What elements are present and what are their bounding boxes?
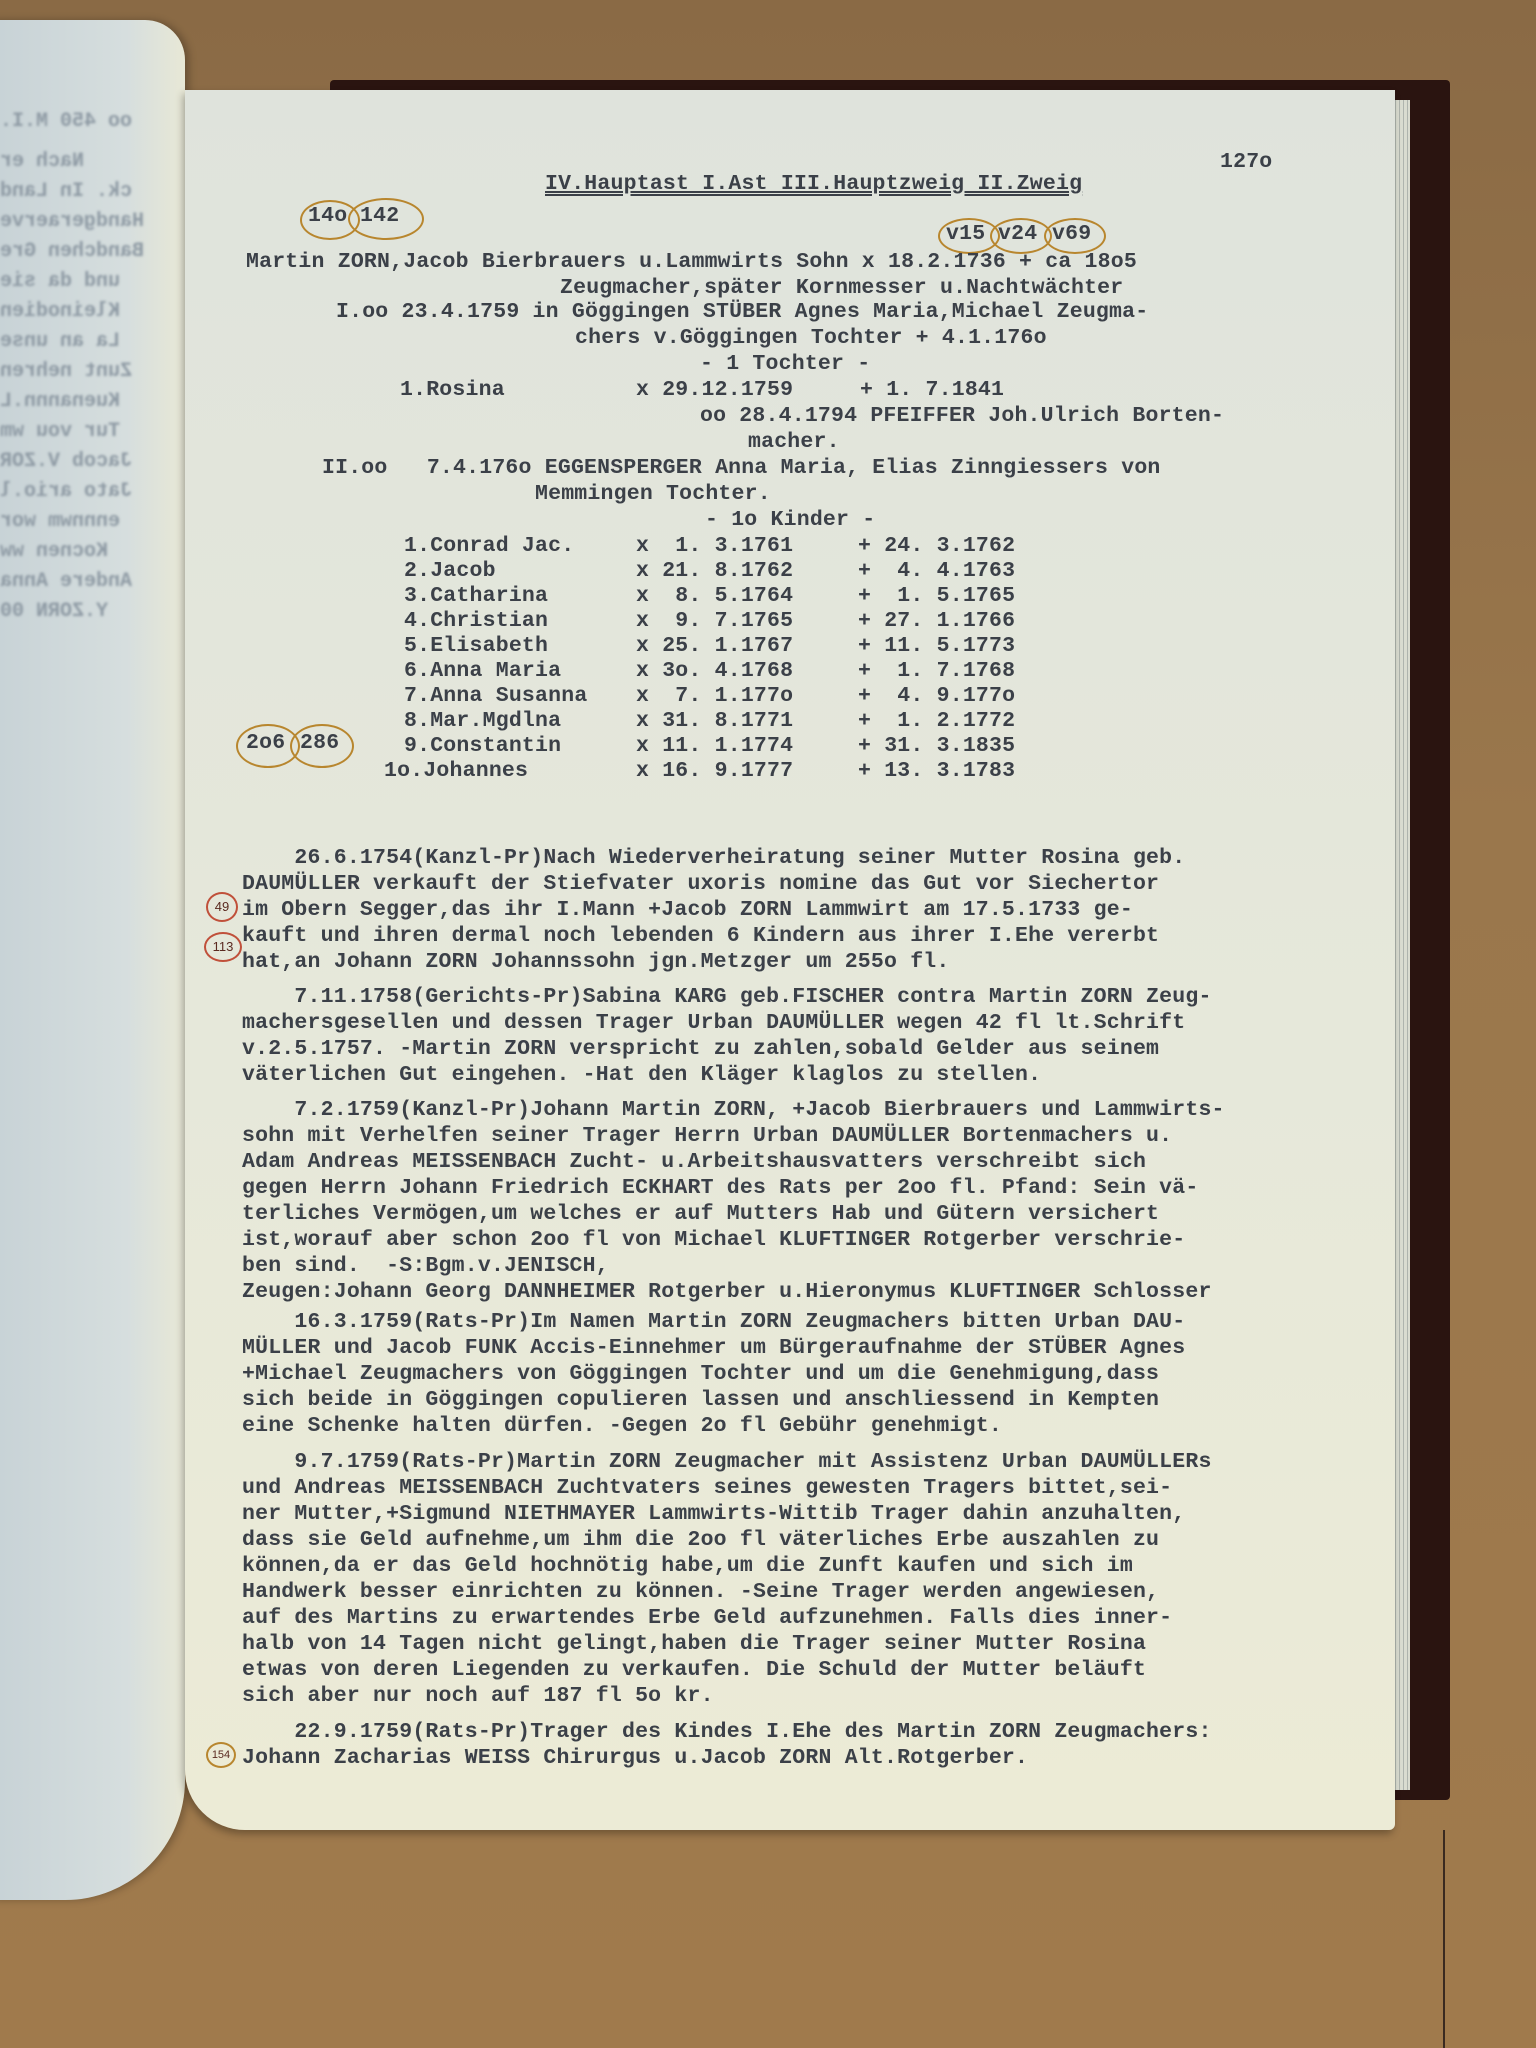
child-name: 8.Mar.Mgdlna bbox=[404, 709, 561, 733]
entry-line: väterlichen Gut eingehen. -Hat den Kläge… bbox=[242, 1063, 1041, 1087]
ghost-line: Kleinodien bbox=[0, 300, 120, 323]
entry-line: Johann Zacharias WEISS Chirurgus u.Jacob… bbox=[242, 1746, 1028, 1770]
person-line-1: Martin ZORN,Jacob Bierbrauers u.Lammwirt… bbox=[246, 250, 1137, 274]
children-heading: - 1o Kinder - bbox=[705, 508, 875, 532]
entry-line: 7.2.1759(Kanzl-Pr)Johann Martin ZORN, +J… bbox=[242, 1098, 1225, 1122]
ref-number: 142 bbox=[360, 204, 399, 228]
children-heading: - 1 Tochter - bbox=[700, 352, 870, 376]
entry-line: und Andreas MEISSENBACH Zuchtvaters sein… bbox=[242, 1476, 1172, 1500]
ghost-line: und da sie bbox=[0, 270, 120, 293]
entry-line: kauft und ihren dermal noch lebenden 6 K… bbox=[242, 924, 1159, 948]
entry-line: hat,an Johann ZORN Johannssohn jgn.Metzg… bbox=[242, 950, 950, 974]
ghost-line: ck. In Land bbox=[0, 180, 132, 203]
child-born: x 8. 5.1764 bbox=[636, 584, 793, 608]
child-note-2: macher. bbox=[748, 430, 840, 454]
child-born: x 3o. 4.1768 bbox=[636, 659, 793, 683]
marriage-2-line-2: Memmingen Tochter. bbox=[535, 482, 771, 506]
child-name: 2.Jacob bbox=[404, 559, 496, 583]
child-died: + 1. 7.1841 bbox=[860, 378, 1004, 402]
entry-line: sich beide in Göggingen copulieren lasse… bbox=[242, 1388, 1159, 1412]
child-born: x 31. 8.1771 bbox=[636, 709, 793, 733]
left-page: oo 450 M.I. Nach er ck. In Land Handgera… bbox=[0, 20, 185, 1900]
margin-ref-circle: 113 bbox=[204, 932, 242, 962]
entry-line: eine Schenke halten dürfen. -Gegen 2o fl… bbox=[242, 1414, 1002, 1438]
child-born: x 21. 8.1762 bbox=[636, 559, 793, 583]
child-died: + 24. 3.1762 bbox=[858, 534, 1015, 558]
child-died: + 1. 5.1765 bbox=[858, 584, 1015, 608]
child-name: 3.Catharina bbox=[404, 584, 548, 608]
child-born: x 29.12.1759 bbox=[636, 378, 793, 402]
entry-line: 22.9.1759(Rats-Pr)Trager des Kindes I.Eh… bbox=[242, 1720, 1212, 1744]
entry-line: halb von 14 Tagen nicht gelingt,haben di… bbox=[242, 1632, 1146, 1656]
ghost-line: Nach er bbox=[0, 150, 84, 173]
child-died: + 4. 9.177o bbox=[858, 684, 1015, 708]
ghost-line: Kocnen ww bbox=[0, 540, 108, 563]
ghost-line: oo 450 M.I. bbox=[0, 110, 132, 133]
entry-line: ner Mutter,+Sigmund NIETHMAYER Lammwirts… bbox=[242, 1502, 1185, 1526]
entry-line: sich aber nur noch auf 187 fl 5o kr. bbox=[242, 1684, 714, 1708]
child-died: + 11. 5.1773 bbox=[858, 634, 1015, 658]
page-number: 127o bbox=[1220, 150, 1272, 174]
ref-number: 2o6 bbox=[246, 731, 285, 755]
entry-line: 9.7.1759(Rats-Pr)Martin ZORN Zeugmacher … bbox=[242, 1450, 1212, 1474]
entry-line: dass sie Geld aufnehme,um ihm die 2oo fl… bbox=[242, 1528, 1159, 1552]
child-name: 1.Conrad Jac. bbox=[404, 534, 574, 558]
child-born: x 9. 7.1765 bbox=[636, 609, 793, 633]
ghost-line: Y.ZORN 00 bbox=[0, 600, 108, 623]
entry-line: im Obern Segger,das ihr I.Mann +Jacob ZO… bbox=[242, 898, 1133, 922]
ref-number: 286 bbox=[300, 731, 339, 755]
table-edge-line bbox=[1443, 1830, 1445, 2048]
ghost-line: Bandchen Gre bbox=[0, 240, 144, 263]
entry-line: ben sind. -S:Bgm.v.JENISCH, bbox=[242, 1254, 609, 1278]
entry-line: terliches Vermögen,um welches er auf Mut… bbox=[242, 1202, 1159, 1226]
ref-number: v15 bbox=[946, 222, 985, 246]
child-died: + 31. 3.1835 bbox=[858, 734, 1015, 758]
marriage-1-line-2: chers v.Göggingen Tochter + 4.1.176o bbox=[575, 326, 1047, 350]
child-died: + 27. 1.1766 bbox=[858, 609, 1015, 633]
child-note-1: oo 28.4.1794 PFEIFFER Joh.Ulrich Borten- bbox=[700, 404, 1224, 428]
entry-line: etwas von deren Liegenden zu verkaufen. … bbox=[242, 1658, 1146, 1682]
ghost-line: Tur vou wm bbox=[0, 420, 120, 443]
ref-number: v24 bbox=[998, 222, 1037, 246]
child-name: 6.Anna Maria bbox=[404, 659, 561, 683]
entry-line: DAUMÜLLER verkauft der Stiefvater uxoris… bbox=[242, 872, 1159, 896]
ghost-line: ennnwm wor bbox=[0, 510, 120, 533]
entry-line: 16.3.1759(Rats-Pr)Im Namen Martin ZORN Z… bbox=[242, 1310, 1185, 1334]
child-name: 4.Christian bbox=[404, 609, 548, 633]
ghost-line: Jato ario.l bbox=[0, 480, 132, 503]
child-born: x 1. 3.1761 bbox=[636, 534, 793, 558]
entry-line: können,da er das Geld hochnötig habe,um … bbox=[242, 1554, 1133, 1578]
child-name: 1o.Johannes bbox=[384, 759, 528, 783]
entry-line: 7.11.1758(Gerichts-Pr)Sabina KARG geb.FI… bbox=[242, 985, 1212, 1009]
child-born: x 16. 9.1777 bbox=[636, 759, 793, 783]
person-line-2: Zeugmacher,später Kornmesser u.Nachtwäch… bbox=[560, 276, 1123, 300]
ghost-line: La an unse bbox=[0, 330, 120, 353]
child-died: + 1. 7.1768 bbox=[858, 659, 1015, 683]
child-name: 7.Anna Susanna bbox=[404, 684, 587, 708]
child-died: + 4. 4.1763 bbox=[858, 559, 1015, 583]
entry-line: MÜLLER und Jacob FUNK Accis-Einnehmer um… bbox=[242, 1336, 1185, 1360]
child-name: 9.Constantin bbox=[404, 734, 561, 758]
entry-line: Adam Andreas MEISSENBACH Zucht- u.Arbeit… bbox=[242, 1150, 1146, 1174]
entry-line: sohn mit Verhelfen seiner Trager Herrn U… bbox=[242, 1124, 1172, 1148]
ghost-line: Zunt nehren bbox=[0, 360, 132, 383]
ref-number: v69 bbox=[1052, 222, 1091, 246]
child-born: x 25. 1.1767 bbox=[636, 634, 793, 658]
entry-line: 26.6.1754(Kanzl-Pr)Nach Wiederverheiratu… bbox=[242, 846, 1185, 870]
entry-line: v.2.5.1757. -Martin ZORN verspricht zu z… bbox=[242, 1037, 1159, 1061]
entry-line: gegen Herrn Johann Friedrich ECKHART des… bbox=[242, 1176, 1198, 1200]
marriage-1-line-1: I.oo 23.4.1759 in Göggingen STÜBER Agnes… bbox=[336, 300, 1148, 324]
ghost-line: Handgeraerve bbox=[0, 210, 144, 233]
child-born: x 11. 1.1774 bbox=[636, 734, 793, 758]
child-born: x 7. 1.177o bbox=[636, 684, 793, 708]
entry-line: Handwerk besser einrichten zu können. -S… bbox=[242, 1580, 1159, 1604]
entry-line: machersgesellen und dessen Trager Urban … bbox=[242, 1011, 1185, 1035]
child-name: 1.Rosina bbox=[400, 378, 505, 402]
margin-ref-circle: 154 bbox=[206, 1742, 236, 1768]
ref-number: 14o bbox=[308, 204, 347, 228]
entry-line: auf des Martins zu erwartendes Erbe Geld… bbox=[242, 1606, 1172, 1630]
child-died: + 1. 2.1772 bbox=[858, 709, 1015, 733]
entry-line: ist,worauf aber schon 2oo fl von Michael… bbox=[242, 1228, 1185, 1252]
marriage-2-line-1: II.oo 7.4.176o EGGENSPERGER Anna Maria, … bbox=[322, 456, 1161, 480]
child-died: + 13. 3.1783 bbox=[858, 759, 1015, 783]
entry-line: +Michael Zeugmachers von Göggingen Tocht… bbox=[242, 1362, 1159, 1386]
child-name: 5.Elisabeth bbox=[404, 634, 548, 658]
ghost-line: Jacob V.ZOR bbox=[0, 450, 132, 473]
margin-ref-circle: 49 bbox=[206, 892, 238, 922]
entry-line: Zeugen:Johann Georg DANNHEIMER Rotgerber… bbox=[242, 1280, 1212, 1304]
ghost-line: Andere Anna bbox=[0, 570, 132, 593]
ghost-line: Kuenannn.L bbox=[0, 390, 120, 413]
section-header: IV.Hauptast I.Ast III.Hauptzweig II.Zwei… bbox=[545, 172, 1082, 196]
